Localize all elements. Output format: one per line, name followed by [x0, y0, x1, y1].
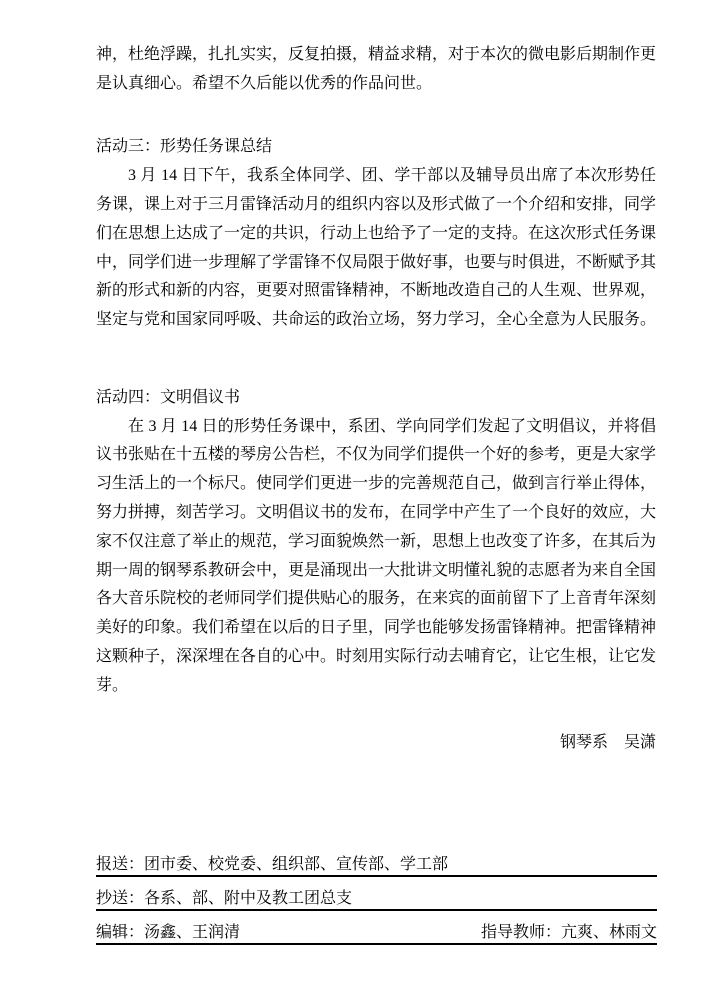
- section-body-activity-3: 3 月 14 日下午，我系全体同学、团、学干部以及辅导员出席了本次形势任务课，课…: [96, 162, 656, 335]
- footer-editor-text: 编辑：汤鑫、王润清: [96, 924, 240, 942]
- footer-advisor-text: 指导教师：亢爽、林雨文: [481, 924, 657, 942]
- blank-line: [96, 335, 656, 364]
- document-page: 神，杜绝浮躁，扎扎实实，反复拍摄，精益求精，对于本次的微电影后期制作更是认真细心…: [0, 0, 726, 1000]
- signature-line: 钢琴系 吴潇: [96, 729, 656, 758]
- document-body: 神，杜绝浮躁，扎扎实实，反复拍摄，精益求精，对于本次的微电影后期制作更是认真细心…: [96, 41, 656, 758]
- paragraph-intro-continuation: 神，杜绝浮躁，扎扎实实，反复拍摄，精益求精，对于本次的微电影后期制作更是认真细心…: [96, 41, 656, 99]
- footer-row-baosong: 报送：团市委、校党委、组织部、宣传部、学工部: [96, 843, 657, 877]
- footer-row-bianji: 编辑：汤鑫、王润清 指导教师：亢爽、林雨文: [96, 911, 657, 945]
- document-footer: 报送：团市委、校党委、组织部、宣传部、学工部 抄送：各系、部、附中及教工团总支 …: [96, 843, 657, 945]
- section-body-activity-4: 在 3 月 14 日的形势任务课中，系团、学向同学们发起了文明倡议，并将倡议书张…: [96, 413, 656, 701]
- footer-row-chaosong: 抄送：各系、部、附中及教工团总支: [96, 877, 657, 911]
- blank-line: [96, 99, 656, 128]
- section-heading-activity-3: 活动三：形势任务课总结: [96, 133, 656, 162]
- footer-chaosong-text: 抄送：各系、部、附中及教工团总支: [96, 890, 352, 908]
- section-heading-activity-4: 活动四：文明倡议书: [96, 384, 656, 413]
- footer-baosong-text: 报送：团市委、校党委、组织部、宣传部、学工部: [96, 856, 448, 874]
